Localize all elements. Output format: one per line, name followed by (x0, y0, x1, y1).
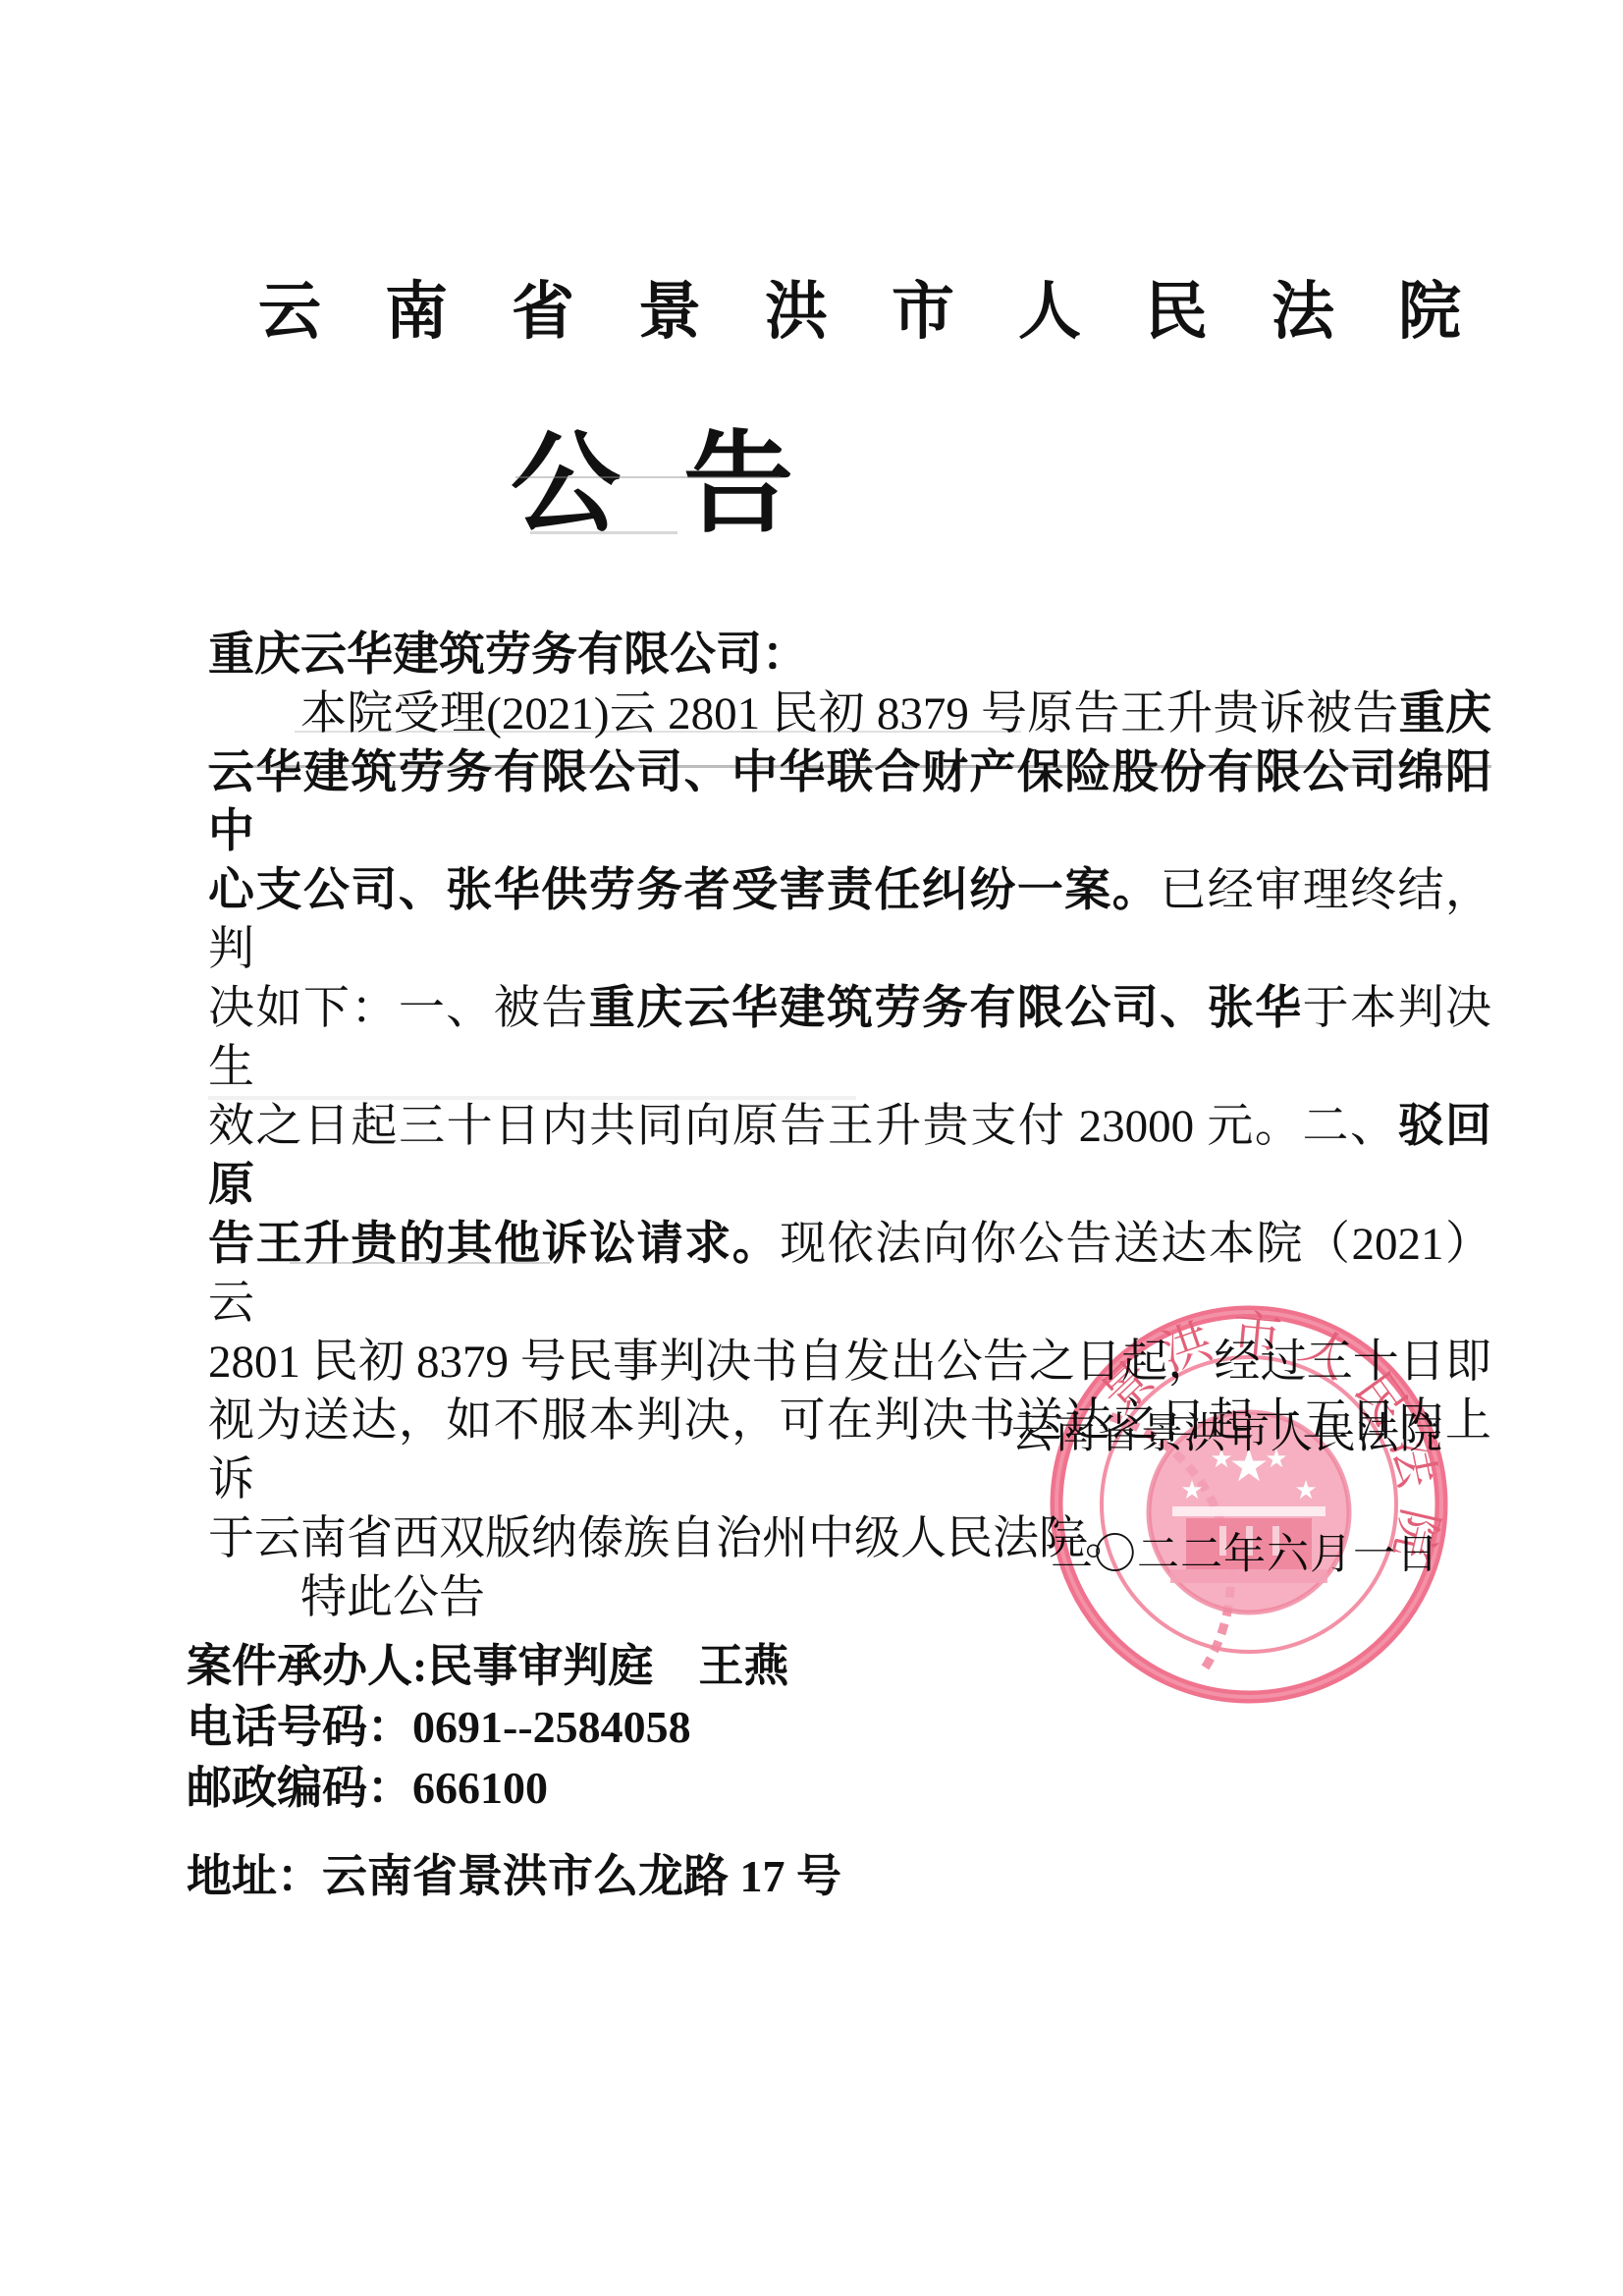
body-text-segment: 2801 民初 8379 号民事判决书自发出公告之日起，经过三十日即 (208, 1337, 1491, 1388)
signature-court-name: 云南省景洪市人民法院 (1011, 1400, 1443, 1460)
scan-artifact-line (515, 476, 781, 478)
body-text-segment: 特此公告 (300, 1572, 485, 1623)
notice-title-char: 公 (511, 430, 621, 540)
contact-block: 案件承办人:民事审判庭 王燕 电话号码：0691--2584058 邮政编码：6… (187, 1636, 841, 1907)
body-line: 2801 民初 8379 号民事判决书自发出公告之日起，经过三十日即 (208, 1333, 1491, 1392)
body-text-segment: 心支公司、张华供劳务者受害责任纠纷一案。 (208, 865, 1160, 916)
signature-date: 二〇二二年六月一日 (1051, 1521, 1439, 1581)
case-handler-line: 案件承办人:民事审判庭 王燕 (187, 1636, 841, 1697)
body-line: 云华建筑劳务有限公司、中华联合财产保险股份有限公司绵阳中 (208, 743, 1491, 861)
body-text-segment: 重庆云华建筑劳务有限公司、张华 (589, 983, 1303, 1034)
body-line: 心支公司、张华供劳务者受害责任纠纷一案。已经审理终结，判 (208, 861, 1491, 979)
body-text-segment: 重庆云华建筑劳务有限公司： (208, 629, 808, 681)
postcode-line: 邮政编码：666100 (187, 1758, 841, 1819)
header-court-name: 云南省景洪市人民法院 (194, 261, 1417, 352)
address-line: 地址：云南省景洪市么龙路 17 号 (187, 1846, 841, 1907)
body-text-segment: 决如下：一、被告 (208, 983, 589, 1034)
body-line: 效之日起三十日内共同向原告王升贵支付 23000 元。二、驳回原 (208, 1097, 1491, 1215)
body-line: 本院受理(2021)云 2801 民初 8379 号原告王升贵诉被告重庆 (208, 684, 1491, 743)
body-text: 重庆云华建筑劳务有限公司：本院受理(2021)云 2801 民初 8379 号原… (208, 626, 1491, 1627)
body-text-segment: 效之日起三十日内共同向原告王升贵支付 23000 元。二、 (208, 1101, 1397, 1152)
body-text-segment: 告王升贵的其他诉讼请求。 (208, 1219, 780, 1270)
court-notice-page: 云南省景洪市人民法院 公 告 重庆云华建筑劳务有限公司：本院受理(2021)云 … (0, 0, 1623, 2296)
notice-title: 公 告 (511, 430, 793, 540)
body-line: 告王升贵的其他诉讼请求。现依法向你公告送达本院（2021）云 (208, 1215, 1491, 1333)
body-text-segment: 本院受理(2021)云 2801 民初 8379 号原告王升贵诉被告 (300, 688, 1399, 739)
body-text-segment: 于云南省西双版纳傣族自治州中级人民法院。 (208, 1513, 1131, 1564)
phone-line: 电话号码：0691--2584058 (187, 1697, 841, 1758)
body-text-segment: 重庆 (1399, 688, 1491, 739)
notice-title-char: 告 (683, 430, 793, 540)
scan-artifact-line (530, 531, 677, 534)
body-text-segment: 云华建筑劳务有限公司、中华联合财产保险股份有限公司绵阳中 (208, 747, 1491, 857)
body-line: 决如下：一、被告重庆云华建筑劳务有限公司、张华于本判决生 (208, 979, 1491, 1097)
body-line: 重庆云华建筑劳务有限公司： (208, 626, 1491, 684)
